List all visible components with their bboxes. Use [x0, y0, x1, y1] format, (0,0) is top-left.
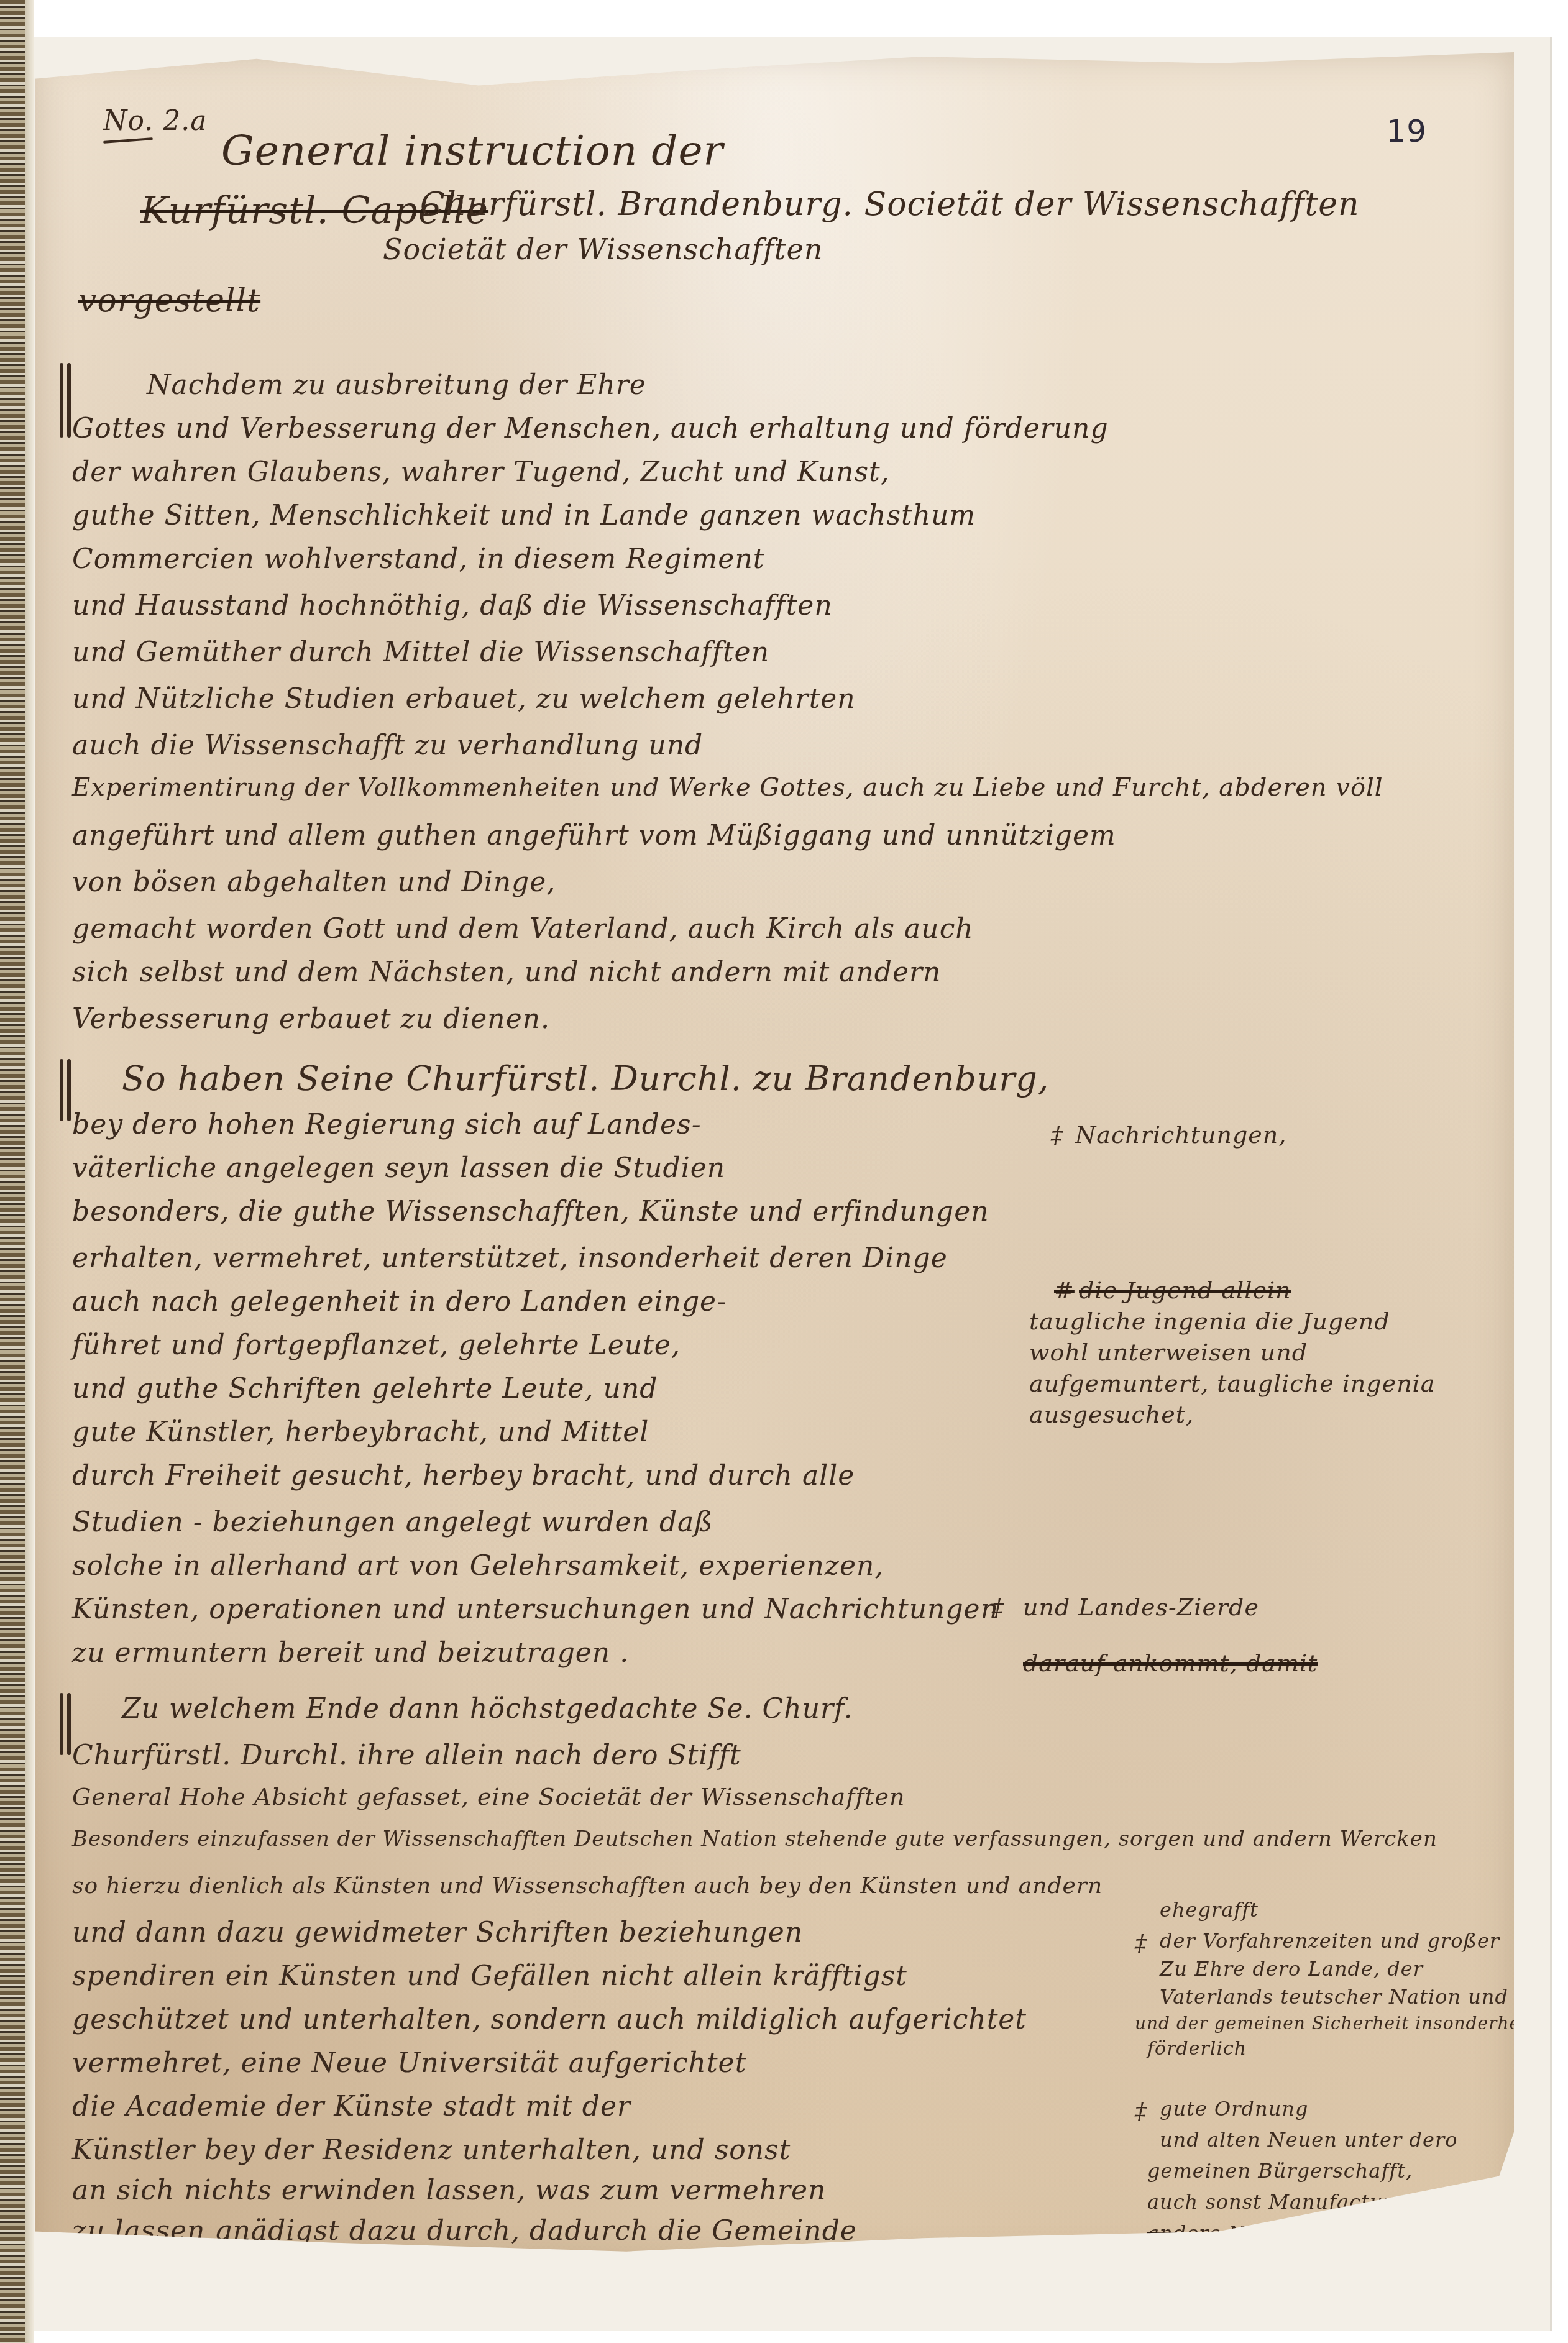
struck-subheading: vorgestellt [78, 282, 260, 319]
body-line: Künstler bey der Residenz unterhalten, u… [72, 2134, 791, 2166]
book-spine [0, 0, 26, 2343]
body-line: Besonders einzufassen der Wissenschaffte… [72, 1827, 1437, 1851]
body-line: So haben Seine Churfürstl. Durchl. zu Br… [122, 1059, 1049, 1098]
body-line: und Hausstand hochnöthig, daß die Wissen… [72, 590, 833, 621]
body-line: Nachdem zu ausbreitung der Ehre [147, 369, 646, 401]
page-stack-edge [25, 0, 34, 2343]
body-line: und dann dazu gewidmeter Schriften bezie… [72, 1917, 803, 1948]
body-line: Gottes und Verbesserung der Menschen, au… [72, 413, 1109, 444]
body-line: führet und fortgepflanzet, gelehrte Leut… [72, 1329, 681, 1361]
paragraph-mark [67, 1059, 71, 1121]
title-line-3: Societät der Wissenschafften [383, 232, 823, 266]
title-line-1: General instruction der [221, 127, 723, 175]
body-line: Verbesserung erbauet zu dienen. [72, 1003, 550, 1035]
body-line: vermehret, eine Neue Universität aufgeri… [72, 2047, 746, 2079]
body-line: guthe Sitten, Menschlichkeit und in Land… [72, 500, 976, 531]
body-line: General Hohe Absicht gefasset, eine Soci… [72, 1783, 905, 1810]
paragraph-mark [67, 363, 71, 438]
body-line: der wahren Glaubens, wahrer Tugend, Zuch… [72, 456, 890, 488]
body-line: besonders, die guthe Wissenschafften, Kü… [72, 1196, 989, 1227]
archive-number-underline [103, 137, 153, 144]
paragraph-mark [60, 363, 63, 438]
margin-note: ‡ Nachrichtungen, [1051, 1121, 1286, 1149]
body-line: Studien - beziehungen angelegt wurden da… [72, 1506, 713, 1538]
insertion-marker: # [1054, 1277, 1075, 1304]
body-line: und guthe Schriften gelehrte Leute, und [72, 1373, 658, 1405]
body-line: und Nützliche Studien erbauet, zu welche… [72, 683, 856, 715]
body-line: väterliche angelegen seyn lassen die Stu… [72, 1152, 725, 1184]
title-line-2: Churfürstl. Brandenburg. Societät der Wi… [420, 186, 1360, 223]
body-line: gemacht worden Gott und dem Vaterland, a… [72, 913, 974, 945]
body-line: sich selbst und dem Nächsten, und nicht … [72, 956, 941, 988]
insertion-marker: ‡ [1135, 1929, 1147, 1956]
insertion-marker: ‡ [1135, 2097, 1147, 2124]
body-line: und Gemüther durch Mittel die Wissenscha… [72, 636, 769, 668]
body-line: durch Freiheit gesucht, herbey bracht, u… [72, 1460, 855, 1492]
body-line: gute Künstler, herbeybracht, und Mittel [72, 1416, 649, 1448]
body-line: die Academie der Künste stadt mit der [72, 2091, 631, 2122]
archive-number: No. 2.a [103, 105, 207, 137]
body-line: Experimentirung der Vollkommenheiten und… [72, 773, 1383, 802]
body-line: angeführt und allem guthen angeführt vom… [72, 820, 1116, 851]
body-line: auch nach gelegenheit in dero Landen ein… [72, 1286, 727, 1318]
body-line: so hierzu dienlich als Künsten und Wisse… [72, 1873, 1103, 1899]
paragraph-mark [67, 1693, 71, 1755]
paragraph-mark [60, 1693, 63, 1755]
body-line: zu ermuntern bereit und beizutragen . [72, 1637, 629, 1669]
manuscript-page: No. 2.a 19 General instruction der Kurfü… [35, 52, 1514, 2265]
folio-number: 19 [1386, 113, 1427, 149]
body-line: bey dero hohen Regierung sich auf Landes… [72, 1109, 702, 1140]
body-line: spendiren ein Künsten und Gefällen nicht… [72, 1960, 907, 1992]
body-line: Künsten, operationen und untersuchungen … [72, 1593, 999, 1625]
insertion-marker: ‡ [1051, 1121, 1063, 1149]
body-line: solche in allerhand art von Gelehrsamkei… [72, 1550, 884, 1582]
body-line: auch die Wissenschafft zu verhandlung un… [72, 730, 703, 761]
body-line: Commercien wohlverstand, in diesem Regim… [72, 543, 764, 575]
body-line: geschützet und unterhalten, sondern auch… [72, 2004, 1027, 2035]
body-line: von bösen abgehalten und Dinge, [72, 866, 556, 898]
body-line: Churfürstl. Durchl. ihre allein nach der… [72, 1740, 741, 1771]
paragraph-mark [60, 1059, 63, 1121]
body-line: Zu welchem Ende dann höchstgedachte Se. … [122, 1693, 853, 1725]
body-line: erhalten, vermehret, unterstützet, inson… [72, 1242, 948, 1274]
insertion-marker: ‡ [992, 1593, 1004, 1621]
body-line: an sich nichts erwinden lassen, was zum … [72, 2175, 826, 2206]
